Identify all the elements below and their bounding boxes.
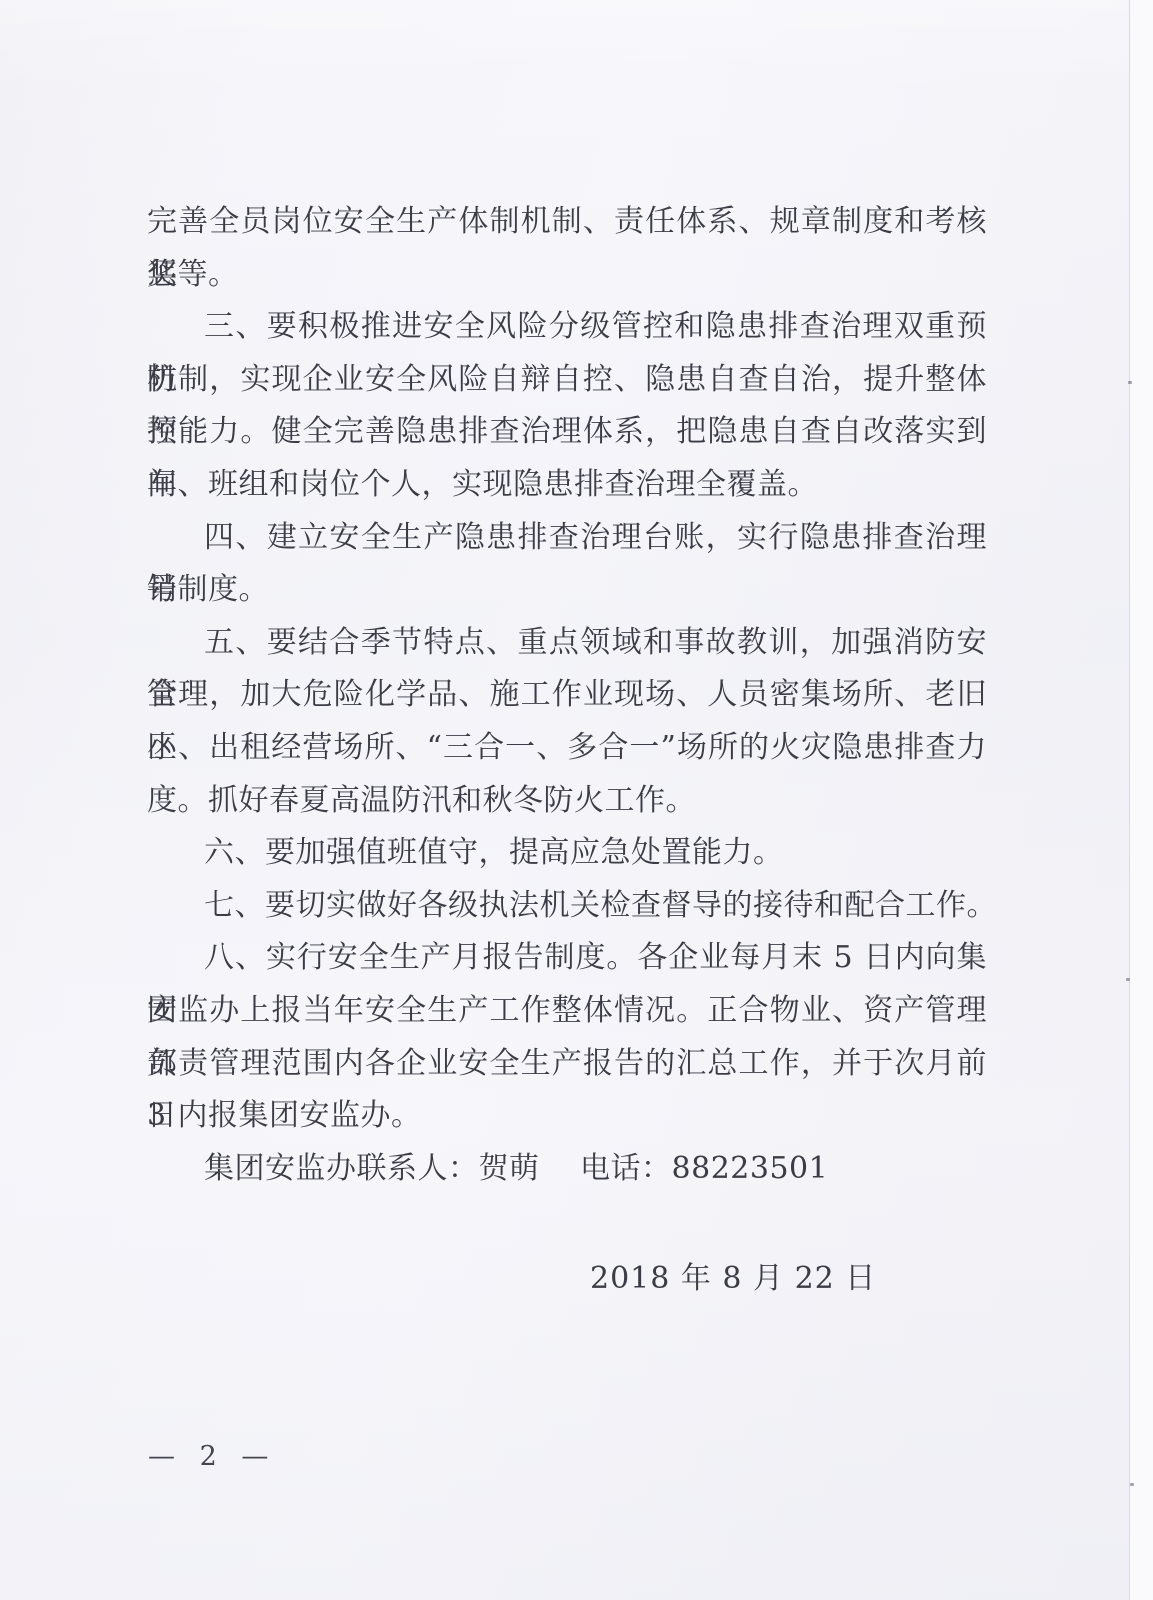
text-line: 五、要结合季节特点、重点领域和事故教训，加强消防安全 (147, 617, 987, 670)
text-line: 控能力。健全完善隐患排查治理体系，把隐患自查自改落实到车 (147, 406, 987, 459)
text-line: 七、要切实做好各级执法机关检查督导的接待和配合工作。 (147, 880, 987, 933)
scan-speck (1126, 978, 1130, 981)
text-line: 三、要积极推进安全风险分级管控和隐患排查治理双重预防 (147, 301, 987, 354)
text-line: 八、实行安全生产月报告制度。各企业每月末 5 日内向集团 (147, 932, 987, 985)
text-line: 四、建立安全生产隐患排查治理台账，实行隐患排查治理销 (147, 512, 987, 565)
text-line: 完善全员岗位安全生产体制机制、责任体系、规章制度和考核奖 (147, 196, 987, 249)
text-line: 号制度。 (147, 564, 987, 617)
text-line: 度。抓好春夏高温防汛和秋冬防火工作。 (147, 775, 987, 828)
text-line: 集团安监办联系人：贺萌 电话：88223501 (147, 1143, 987, 1196)
page-number: — 2 — (148, 1437, 276, 1477)
scan-speck (1130, 1483, 1134, 1486)
scanned-document-page: 完善全员岗位安全生产体制机制、责任体系、规章制度和考核奖惩等。三、要积极推进安全… (0, 0, 1153, 1600)
text-line: 日内报集团安监办。 (147, 1090, 987, 1143)
text-line: 六、要加强值班值守，提高应急处置能力。 (147, 827, 987, 880)
text-line: 间、班组和岗位个人，实现隐患排查治理全覆盖。 (147, 459, 987, 512)
scan-paper-edge (1129, 0, 1153, 1600)
text-line: 区、出租经营场所、“三合一、多合一”场所的火灾隐患排查力 (147, 722, 987, 775)
document-body: 完善全员岗位安全生产体制机制、责任体系、规章制度和考核奖惩等。三、要积极推进安全… (147, 196, 987, 1195)
text-line: 管理，加大危险化学品、施工作业现场、人员密集场所、老旧小 (147, 669, 987, 722)
text-line: 安监办上报当年安全生产工作整体情况。正合物业、资产管理部 (147, 985, 987, 1038)
scan-speck (1128, 381, 1132, 384)
text-line: 机制，实现企业安全风险自辩自控、隐患自查自治，提升整体预 (147, 354, 987, 407)
document-date: 2018 年 8 月 22 日 (590, 1253, 876, 1305)
text-line: 惩等。 (147, 249, 987, 302)
text-line: 负责管理范围内各企业安全生产报告的汇总工作，并于次月前 3 (147, 1038, 987, 1091)
